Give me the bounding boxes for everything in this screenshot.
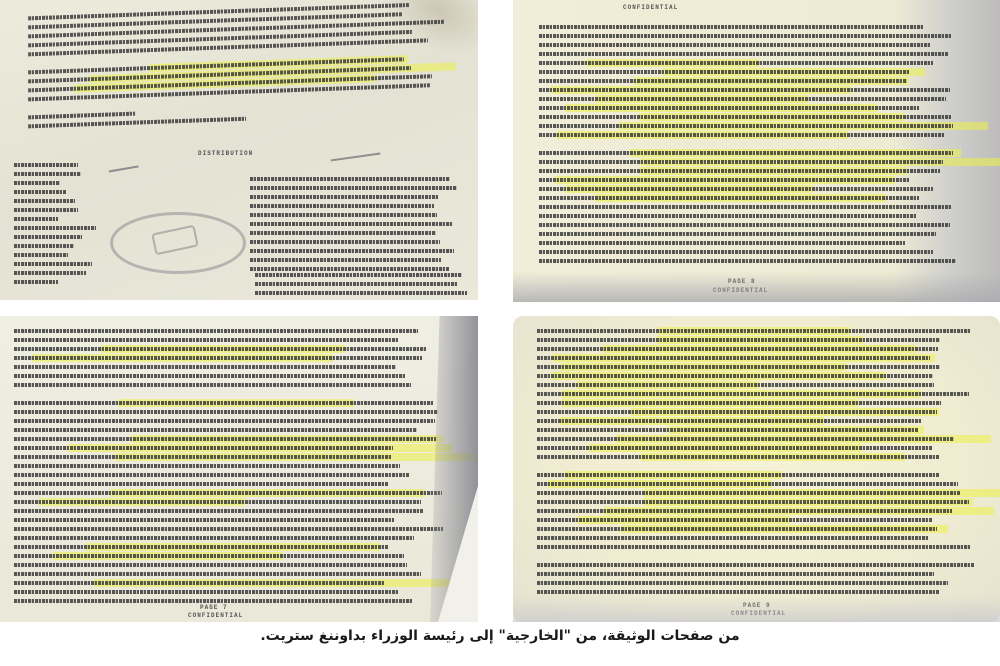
typed-line xyxy=(250,176,460,182)
typed-line xyxy=(14,589,444,595)
typed-line xyxy=(14,171,174,177)
typed-line xyxy=(537,499,977,505)
typed-line xyxy=(539,186,959,192)
document-photo-page-8: CONFIDENTIAL PAGE 8 CONFIDENTIAL xyxy=(513,0,1000,302)
page-edge-shadow xyxy=(513,272,1000,302)
typed-line xyxy=(539,249,959,255)
typed-line xyxy=(537,562,977,568)
page-number: PAGE 7 xyxy=(200,604,228,611)
official-stamp-icon xyxy=(110,212,246,274)
typed-line xyxy=(250,185,460,191)
typed-line xyxy=(539,96,959,102)
typed-line xyxy=(14,180,174,186)
typed-line xyxy=(537,544,977,550)
typed-line xyxy=(250,221,460,227)
typed-line xyxy=(537,436,977,442)
typed-line xyxy=(255,272,470,278)
figure-caption: من صفحات الوثيقة، من "الخارجية" إلى رئيس… xyxy=(0,628,1000,644)
typed-line xyxy=(14,562,444,568)
typed-line xyxy=(250,203,460,209)
typed-line xyxy=(14,526,444,532)
typed-line xyxy=(14,418,444,424)
signature-block-text xyxy=(255,272,470,299)
typed-line xyxy=(539,195,959,201)
typed-line xyxy=(537,508,977,514)
typed-line xyxy=(14,162,174,168)
typed-line xyxy=(539,51,959,57)
typed-line xyxy=(537,400,977,406)
typed-line xyxy=(14,346,444,352)
typed-line xyxy=(14,535,444,541)
typed-line xyxy=(250,239,460,245)
typed-line xyxy=(14,508,444,514)
typed-line xyxy=(537,526,977,532)
typed-line xyxy=(14,391,444,397)
typed-line xyxy=(537,328,977,334)
typed-line xyxy=(14,499,444,505)
typed-line xyxy=(250,212,460,218)
typed-line xyxy=(537,427,977,433)
typed-line xyxy=(539,141,959,147)
typed-line xyxy=(537,382,977,388)
typed-line xyxy=(14,517,444,523)
typed-line xyxy=(537,355,977,361)
typed-line xyxy=(14,400,444,406)
typed-line xyxy=(537,364,977,370)
typed-line xyxy=(537,391,977,397)
typed-line xyxy=(537,571,977,577)
typed-line xyxy=(539,132,959,138)
typed-line xyxy=(255,290,470,296)
typed-line xyxy=(539,87,959,93)
document-photo-page-7: PAGE 7 CONFIDENTIAL xyxy=(0,316,478,622)
typed-line xyxy=(539,33,959,39)
typed-line xyxy=(539,222,959,228)
typed-line xyxy=(14,490,444,496)
typed-line xyxy=(14,598,444,604)
typed-line xyxy=(14,409,444,415)
typed-line xyxy=(250,248,460,254)
typed-line xyxy=(14,472,444,478)
typed-line xyxy=(539,258,959,264)
typed-line xyxy=(539,231,959,237)
typed-line xyxy=(250,257,460,263)
typed-line xyxy=(537,472,977,478)
typed-line xyxy=(14,481,444,487)
typed-line xyxy=(14,553,444,559)
typed-line xyxy=(539,42,959,48)
page-edge-shadow xyxy=(513,596,1000,622)
typed-line xyxy=(539,204,959,210)
typed-line xyxy=(14,198,174,204)
typed-line xyxy=(14,445,444,451)
typed-line xyxy=(14,373,444,379)
typed-line xyxy=(250,230,460,236)
typed-line xyxy=(250,194,460,200)
typed-line xyxy=(537,580,977,586)
typed-line xyxy=(14,279,174,285)
typed-line xyxy=(537,409,977,415)
typed-line xyxy=(537,490,977,496)
typed-line xyxy=(14,337,444,343)
typed-line xyxy=(537,463,977,469)
typed-line xyxy=(539,114,959,120)
classification-header: CONFIDENTIAL xyxy=(623,4,678,11)
typed-line xyxy=(14,207,174,213)
typed-line xyxy=(539,69,959,75)
typed-line xyxy=(537,373,977,379)
typed-line xyxy=(255,281,470,287)
typed-line xyxy=(14,580,444,586)
typed-line xyxy=(14,436,444,442)
typed-line xyxy=(537,445,977,451)
typed-line xyxy=(14,463,444,469)
typed-line xyxy=(539,123,959,129)
typed-line xyxy=(539,240,959,246)
typed-line xyxy=(539,150,959,156)
typed-line xyxy=(539,177,959,183)
classification-footer: CONFIDENTIAL xyxy=(188,612,243,619)
typed-line xyxy=(539,105,959,111)
typed-line xyxy=(537,454,977,460)
typed-line xyxy=(537,535,977,541)
typed-line xyxy=(14,364,444,370)
typed-line xyxy=(537,481,977,487)
typed-line xyxy=(537,346,977,352)
typed-text-block xyxy=(537,328,977,598)
typed-line xyxy=(14,454,444,460)
typed-line xyxy=(537,418,977,424)
typed-line xyxy=(539,24,959,30)
typed-line xyxy=(14,544,444,550)
typed-line xyxy=(537,589,977,595)
typed-line xyxy=(539,168,959,174)
typed-line xyxy=(14,427,444,433)
document-photo-page-9: PAGE 9 CONFIDENTIAL xyxy=(513,316,1000,622)
typed-line xyxy=(14,355,444,361)
typed-line xyxy=(539,213,959,219)
typed-text-block xyxy=(14,328,444,607)
distribution-heading: DISTRIBUTION xyxy=(198,150,253,157)
typed-text-block xyxy=(28,8,448,125)
typed-line xyxy=(14,328,444,334)
typed-line xyxy=(14,189,174,195)
recipient-list-right xyxy=(250,176,460,275)
typed-text-block xyxy=(539,24,959,267)
typed-line xyxy=(537,517,977,523)
typed-line xyxy=(537,553,977,559)
document-photo-distribution-page: DISTRIBUTION xyxy=(0,0,478,300)
typed-line xyxy=(539,159,959,165)
typed-line xyxy=(14,571,444,577)
typed-line xyxy=(537,337,977,343)
typed-line xyxy=(14,382,444,388)
typed-line xyxy=(539,78,959,84)
typed-line xyxy=(539,60,959,66)
